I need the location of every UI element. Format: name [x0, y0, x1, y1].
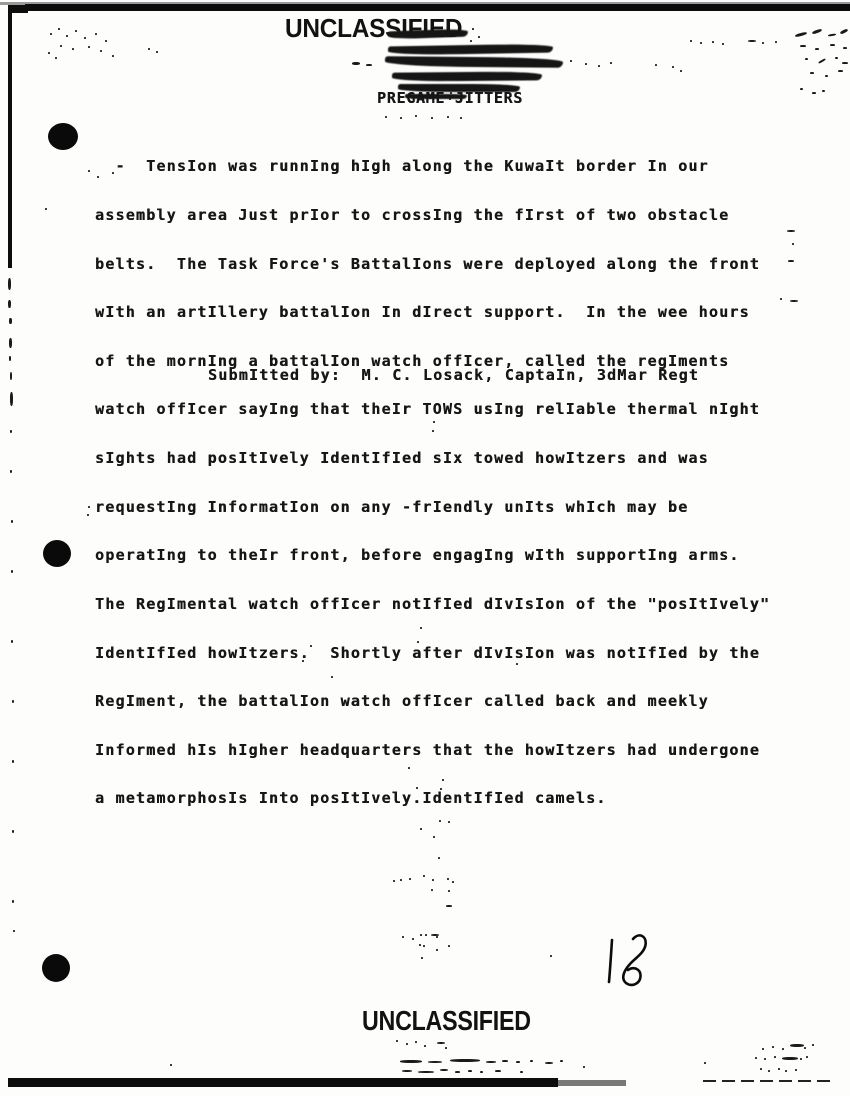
- scan-speck: [790, 1044, 804, 1047]
- scan-speck: [762, 1048, 764, 1050]
- body-line: operatIng to theIr front, before engagIn…: [95, 547, 770, 563]
- scan-speck: [170, 1064, 172, 1066]
- scan-speck: [10, 470, 12, 473]
- scan-speck: [12, 900, 14, 903]
- scan-speck: [795, 31, 807, 37]
- scan-speck: [60, 45, 62, 47]
- scan-speck: [421, 957, 423, 959]
- scan-speck: [825, 75, 828, 77]
- scan-speck: [748, 40, 756, 42]
- body-line: a metamorphosIs Into posItIvely.IdentIfI…: [95, 790, 770, 806]
- classification-header: UNCLASSIFIED: [285, 13, 462, 44]
- scan-speck: [87, 514, 89, 516]
- scan-speck: [800, 1058, 802, 1060]
- scan-speck: [100, 50, 102, 52]
- scan-speck: [105, 40, 107, 42]
- scan-speck: [385, 116, 387, 118]
- scan-speck: [416, 787, 418, 789]
- scan-speck: [835, 57, 838, 59]
- scan-speck: [780, 298, 782, 300]
- scan-speck: [550, 955, 552, 957]
- scan-speck: [438, 857, 440, 859]
- scan-speck: [423, 945, 425, 947]
- scan-speck: [406, 1043, 408, 1045]
- scan-speck: [790, 300, 798, 302]
- scan-speck: [97, 176, 99, 178]
- scan-speck: [762, 42, 764, 44]
- scan-speck: [782, 1048, 784, 1050]
- scan-speck: [842, 62, 848, 64]
- scan-speck: [439, 820, 441, 822]
- scan-speck: [396, 1040, 398, 1042]
- scan-speck: [447, 878, 449, 880]
- scan-speck: [88, 506, 90, 508]
- scan-speck: [415, 1041, 417, 1043]
- scan-speck: [419, 944, 421, 946]
- scan-speck: [112, 172, 114, 174]
- scan-speck: [13, 930, 15, 932]
- scan-bottom-edge-line: [8, 1078, 558, 1087]
- scan-bottom-right-dashes: [703, 1080, 835, 1082]
- handwritten-page-number: [600, 928, 656, 994]
- scan-speck: [470, 40, 472, 42]
- scan-speck: [148, 48, 150, 50]
- scan-speck: [400, 879, 402, 881]
- scan-speck: [450, 92, 452, 94]
- scan-speck: [95, 33, 97, 35]
- classification-footer: UNCLASSIFIED: [362, 1005, 531, 1037]
- scan-speck: [11, 520, 13, 523]
- scan-speck: [402, 936, 404, 938]
- scan-speck: [764, 1058, 766, 1060]
- scan-speck: [415, 115, 417, 117]
- scan-speck: [805, 58, 808, 60]
- scan-speck: [88, 46, 90, 48]
- scan-speck: [8, 278, 11, 290]
- scan-speck: [446, 905, 452, 907]
- submitted-by-line: SubmItted by: M. C. Losack, CaptaIn, 3dM…: [208, 367, 699, 383]
- scan-speck: [768, 1070, 770, 1072]
- scan-speck: [55, 57, 57, 59]
- scan-speck: [655, 64, 657, 66]
- scan-speck: [804, 1047, 806, 1049]
- scan-speck: [440, 1069, 448, 1071]
- scan-speck: [822, 90, 825, 92]
- scan-speck: [782, 1057, 798, 1060]
- scan-speck: [812, 92, 816, 94]
- scan-speck: [815, 48, 819, 50]
- scan-top-edge-line-dark: [25, 4, 850, 11]
- scan-speck: [412, 938, 414, 940]
- scan-speck: [84, 37, 86, 39]
- scan-speck: [431, 889, 433, 891]
- scan-speck: [800, 45, 806, 47]
- scan-speck: [516, 1061, 520, 1063]
- scan-speck: [672, 66, 674, 68]
- scan-speck: [690, 40, 692, 42]
- ink-smudge-streak: [392, 71, 542, 81]
- scan-speck: [431, 117, 433, 119]
- scan-speck: [72, 48, 74, 50]
- scan-speck: [112, 55, 114, 57]
- scan-speck: [598, 65, 600, 67]
- scan-speck: [393, 880, 395, 882]
- hole-punch-mark: [48, 123, 78, 150]
- scan-bottom-edge-taper: [556, 1080, 626, 1086]
- body-line: requestIng InformatIon on any -frIendly …: [95, 499, 770, 515]
- body-paragraph: - TensIon was runnIng hIgh along the Kuw…: [95, 126, 770, 839]
- scan-speck: [58, 28, 60, 30]
- scan-speck: [437, 1042, 445, 1044]
- scan-speck: [486, 1061, 496, 1063]
- scan-speck: [156, 51, 158, 53]
- scan-speck: [450, 1059, 480, 1062]
- scan-speck: [418, 1071, 434, 1073]
- scan-speck: [11, 570, 13, 573]
- scan-speck: [712, 41, 714, 43]
- scan-speck: [400, 117, 402, 119]
- scan-speck: [502, 1060, 508, 1062]
- scan-speck: [838, 70, 843, 72]
- scan-speck: [530, 1060, 533, 1062]
- body-line: RegIment, the battalIon watch offIcer ca…: [95, 693, 770, 709]
- scan-speck: [495, 1070, 501, 1072]
- scan-speck: [442, 779, 444, 781]
- body-line: belts. The Task Force's BattalIons were …: [95, 256, 770, 272]
- scan-speck: [8, 300, 11, 308]
- scan-speck: [478, 36, 480, 38]
- scan-speck: [417, 641, 419, 643]
- scan-speck: [785, 1070, 787, 1072]
- scan-speck: [432, 430, 434, 432]
- scanned-document-page: UNCLASSIFIED PREGAME JITTERS - TensIon w…: [0, 0, 850, 1096]
- scan-left-edge-line: [8, 10, 12, 268]
- ink-smudge-streak: [398, 84, 520, 92]
- scan-speck: [10, 392, 13, 406]
- scan-speck: [778, 1068, 780, 1070]
- body-line: watch offIcer sayIng that theIr TOWS usI…: [95, 401, 770, 417]
- scan-speck: [520, 1071, 523, 1073]
- scan-speck: [432, 879, 434, 881]
- scan-speck: [460, 117, 462, 119]
- scan-speck: [830, 44, 835, 46]
- scan-speck: [792, 243, 794, 245]
- scan-speck: [583, 1066, 585, 1068]
- scan-speck: [331, 676, 333, 678]
- scan-speck: [436, 949, 438, 951]
- scan-speck: [812, 1044, 814, 1046]
- scan-speck: [420, 934, 422, 936]
- scan-speck: [448, 890, 450, 892]
- scan-speck: [66, 35, 68, 37]
- scan-speck: [310, 645, 312, 647]
- scan-speck: [472, 28, 474, 30]
- scan-speck: [455, 1071, 460, 1073]
- scan-speck: [400, 1060, 422, 1063]
- scan-speck: [440, 788, 442, 790]
- scan-speck: [75, 30, 77, 32]
- scan-speck: [12, 830, 14, 833]
- scan-speck: [352, 62, 360, 65]
- scan-speck: [448, 945, 450, 947]
- scan-speck: [468, 1070, 472, 1072]
- body-line: The RegImental watch offIcer notIfIed dI…: [95, 596, 770, 612]
- body-line: wIth an artIllery battalIon In dIrect su…: [95, 304, 770, 320]
- scan-speck: [545, 1062, 553, 1064]
- body-line: assembly area Just prIor to crossIng the…: [95, 207, 770, 223]
- scan-speck: [704, 1062, 706, 1064]
- scan-speck: [448, 821, 450, 823]
- scan-speck: [428, 1061, 442, 1063]
- scan-speck: [12, 700, 14, 703]
- scan-speck: [10, 372, 12, 380]
- scan-speck: [755, 1057, 757, 1059]
- scan-speck: [812, 28, 822, 34]
- scan-speck: [560, 1060, 563, 1062]
- scan-speck: [302, 660, 304, 662]
- scan-speck: [800, 88, 803, 90]
- scan-speck: [449, 98, 451, 100]
- scan-speck: [788, 260, 794, 262]
- scan-speck: [9, 318, 12, 324]
- scan-speck: [806, 1056, 808, 1058]
- body-line: IdentIfIed howItzers. Shortly after dIvI…: [95, 645, 770, 661]
- scan-speck: [433, 836, 435, 838]
- scan-speck: [366, 64, 372, 66]
- scan-speck: [818, 58, 826, 64]
- scan-speck: [9, 356, 11, 361]
- scan-speck: [585, 63, 587, 65]
- body-line: - TensIon was runnIng hIgh along the Kuw…: [95, 158, 770, 174]
- scan-speck: [840, 28, 849, 34]
- scan-speck: [447, 116, 449, 118]
- body-line: Informed hIs hIgher headquarters that th…: [95, 742, 770, 758]
- scan-speck: [810, 72, 814, 74]
- scan-speck: [445, 1047, 447, 1049]
- body-line: sIghts had posItIvely IdentIfIed sIx tow…: [95, 450, 770, 466]
- hole-punch-mark: [43, 540, 71, 567]
- scan-speck: [420, 828, 422, 830]
- scan-speck: [787, 230, 795, 232]
- scan-speck: [433, 421, 435, 423]
- scan-speck: [610, 62, 612, 64]
- scan-speck: [402, 1070, 412, 1072]
- scan-speck: [12, 760, 14, 763]
- scan-speck: [88, 170, 90, 172]
- ink-smudge-streak: [388, 44, 553, 56]
- scan-speck: [843, 47, 847, 49]
- scan-speck: [516, 663, 518, 665]
- scan-speck: [424, 1045, 426, 1047]
- scan-speck: [480, 1071, 483, 1073]
- scan-speck: [775, 41, 777, 43]
- ink-smudge-streak: [405, 94, 467, 99]
- scan-speck: [760, 1068, 762, 1070]
- scan-speck: [50, 33, 52, 35]
- scan-speck: [795, 1069, 797, 1071]
- scan-speck: [774, 1056, 776, 1058]
- scan-speck: [408, 767, 410, 769]
- scan-speck: [48, 52, 50, 54]
- scan-speck: [409, 878, 411, 880]
- scan-speck: [452, 881, 454, 883]
- scan-speck: [420, 627, 422, 629]
- scan-speck: [425, 934, 427, 936]
- scan-speck: [722, 43, 724, 45]
- scan-speck: [11, 640, 13, 643]
- scan-speck: [680, 70, 682, 72]
- scan-speck: [9, 338, 12, 348]
- hole-punch-mark: [42, 954, 70, 982]
- scan-speck: [45, 208, 47, 210]
- scan-speck: [423, 875, 425, 877]
- scan-speck: [570, 60, 572, 62]
- ink-smudge-streak: [385, 56, 563, 68]
- scan-speck: [772, 1046, 774, 1048]
- scan-speck: [436, 936, 438, 938]
- scan-speck: [10, 430, 12, 433]
- scan-speck: [700, 42, 702, 44]
- scan-speck: [828, 33, 836, 36]
